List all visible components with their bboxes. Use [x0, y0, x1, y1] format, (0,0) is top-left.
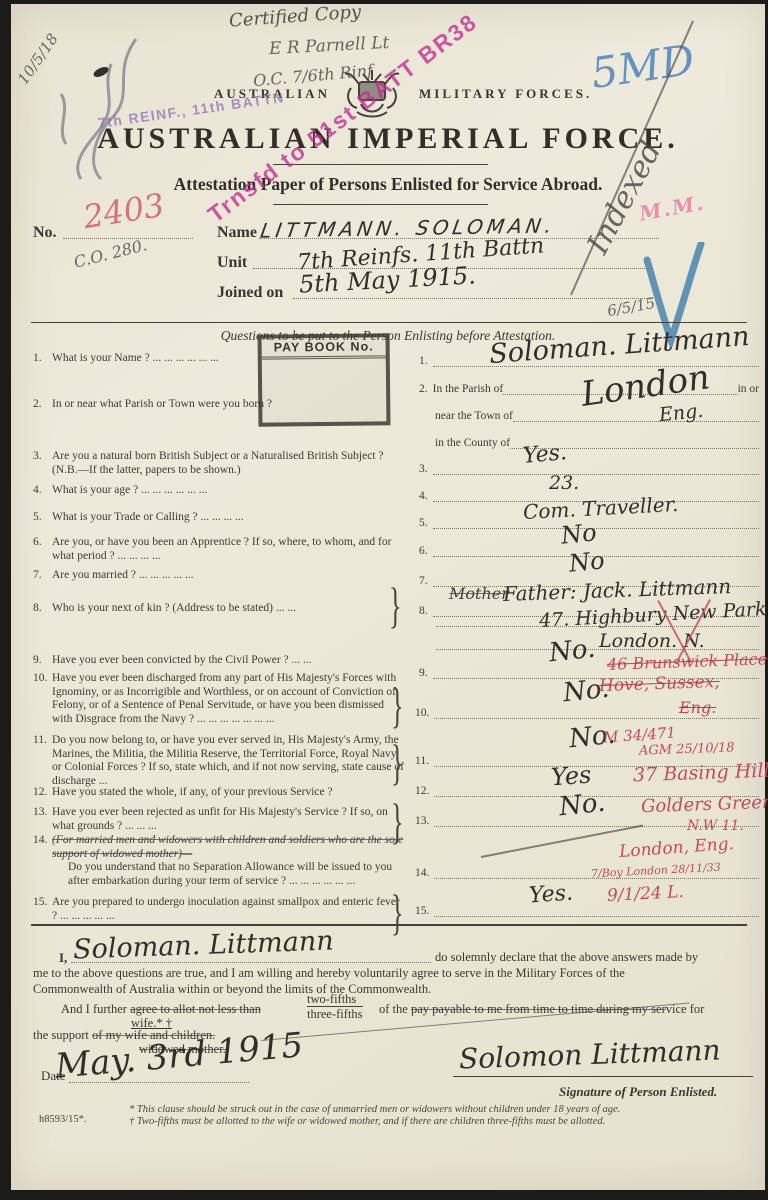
answer-7: No [568, 546, 606, 578]
signature-caption: Signature of Person Enlisted. [559, 1084, 717, 1100]
scanned-attestation-document: 10/5/18 Certified Copy E R Parnell Lt O.… [0, 0, 768, 1200]
red-q15-note: 9/1/24 L. [607, 882, 685, 906]
joined-line [293, 298, 653, 299]
brace-q10: } [391, 679, 403, 736]
answer-line-15: 15. [415, 904, 759, 917]
title-rule [273, 164, 488, 165]
question-10: 10.Have you ever been discharged from an… [33, 672, 405, 726]
name-label: Name [217, 224, 257, 242]
answer-line-8c [436, 649, 759, 650]
signature-line [453, 1076, 753, 1077]
paper-page: 10/5/18 Certified Copy E R Parnell Lt O.… [11, 4, 765, 1190]
answer-9: No. [548, 634, 597, 669]
declaration-name-script: Soloman. Littmann [73, 925, 335, 965]
question-14: 14. (For married men and widowers with c… [33, 834, 405, 888]
question-6: 6.Are you, or have you been an Apprentic… [33, 536, 405, 563]
three-fifths: three-fifths [307, 1006, 363, 1022]
footnote-star: * This clause should be struck out in th… [129, 1104, 620, 1115]
red-london-eng: London, Eng. [618, 834, 734, 862]
question-13: 13.Have you ever been rejected as unfit … [33, 806, 405, 833]
two-fifths: two-fifths [307, 992, 356, 1007]
answer-15: Yes. [528, 880, 574, 908]
brace-q11: } [391, 736, 403, 793]
question-1: 1.What is your Name ? ... ... ... ... ..… [33, 352, 405, 366]
red-nw11: N.W 11. [687, 818, 744, 834]
declaration-line3: Commonwealth of Australia within or beyo… [33, 982, 431, 997]
answer-2-country: Eng. [658, 400, 704, 427]
answer-3: Yes. [522, 440, 568, 469]
answer-line-3: 3. [419, 462, 759, 475]
question-12: 12.Have you stated the whole, if any, of… [33, 786, 405, 800]
mm-note: M.M. [637, 190, 706, 225]
certified-copy-note: Certified Copy [228, 1, 361, 31]
question-11: 11.Do you now belong to, or have you eve… [33, 734, 405, 788]
question-8: 8.Who is your next of kin ? (Address to … [33, 602, 405, 616]
answer-13: No. [558, 788, 607, 823]
signature-script: Solomon Littmann [459, 1033, 722, 1075]
section-rule [31, 322, 747, 323]
question-9: 9.Have you ever been convicted by the Ci… [33, 654, 405, 668]
brace-q15: } [391, 886, 403, 943]
q14-italic: (For married men and widowers with child… [52, 834, 403, 860]
allot-strike: agree to allot not less than [130, 1002, 261, 1016]
red-golders-green: Golders Green [641, 792, 768, 818]
declaration-i: I, [59, 950, 67, 966]
question-15: 15.Are you prepared to undergo inoculati… [33, 896, 405, 923]
question-4: 4.What is your age ? ... ... ... ... ...… [33, 484, 405, 498]
q14-rest: Do you understand that no Separation All… [52, 861, 405, 888]
unit-label: Unit [217, 254, 247, 272]
question-5: 5.What is your Trade or Calling ? ... ..… [33, 511, 405, 525]
declaration-rule [31, 924, 747, 926]
pay-book-stamp: PAY BOOK No. [258, 333, 391, 426]
subtitle-rule [273, 204, 488, 205]
no-label: No. [33, 224, 57, 242]
question-2: 2.In or near what Parish or Town were yo… [33, 398, 405, 412]
red-eng-strike: Eng. [679, 698, 716, 717]
answer-line-2c: in the County of [435, 436, 759, 449]
answer-8-scratch: Mother [449, 584, 509, 603]
answer-6: No [560, 518, 598, 550]
parnell-note: E R Parnell Lt [269, 33, 390, 59]
question-7: 7.Are you married ? ... ... ... ... ... [33, 569, 405, 583]
declaration-line2: me to the above questions are true, and … [33, 966, 749, 981]
footnote-ref: h8593/15*. [39, 1114, 87, 1125]
brace-q8: } [389, 579, 401, 636]
allotment-line: And I further agree to allot not less th… [61, 1002, 261, 1017]
pay-strike: pay payable to me from time to time duri… [411, 1002, 666, 1016]
answer-4: 23. [549, 472, 579, 494]
joined-label: Joined on [217, 284, 283, 302]
forces-right-label: MILITARY FORCES. [419, 86, 592, 102]
question-3: 3.Are you a natural born British Subject… [33, 450, 405, 477]
declaration-line1: do solemnly declare that the above answe… [435, 950, 698, 965]
red-addr-strike-2: Hove, Sussex, [599, 672, 720, 696]
answer-12: Yes [550, 761, 592, 792]
footnote-dagger: † Two-fifths must be allotted to the wif… [129, 1116, 605, 1127]
red-basing-hill: 37 Basing Hill [633, 760, 768, 787]
co-280-note: C.O. 280. [72, 235, 149, 272]
